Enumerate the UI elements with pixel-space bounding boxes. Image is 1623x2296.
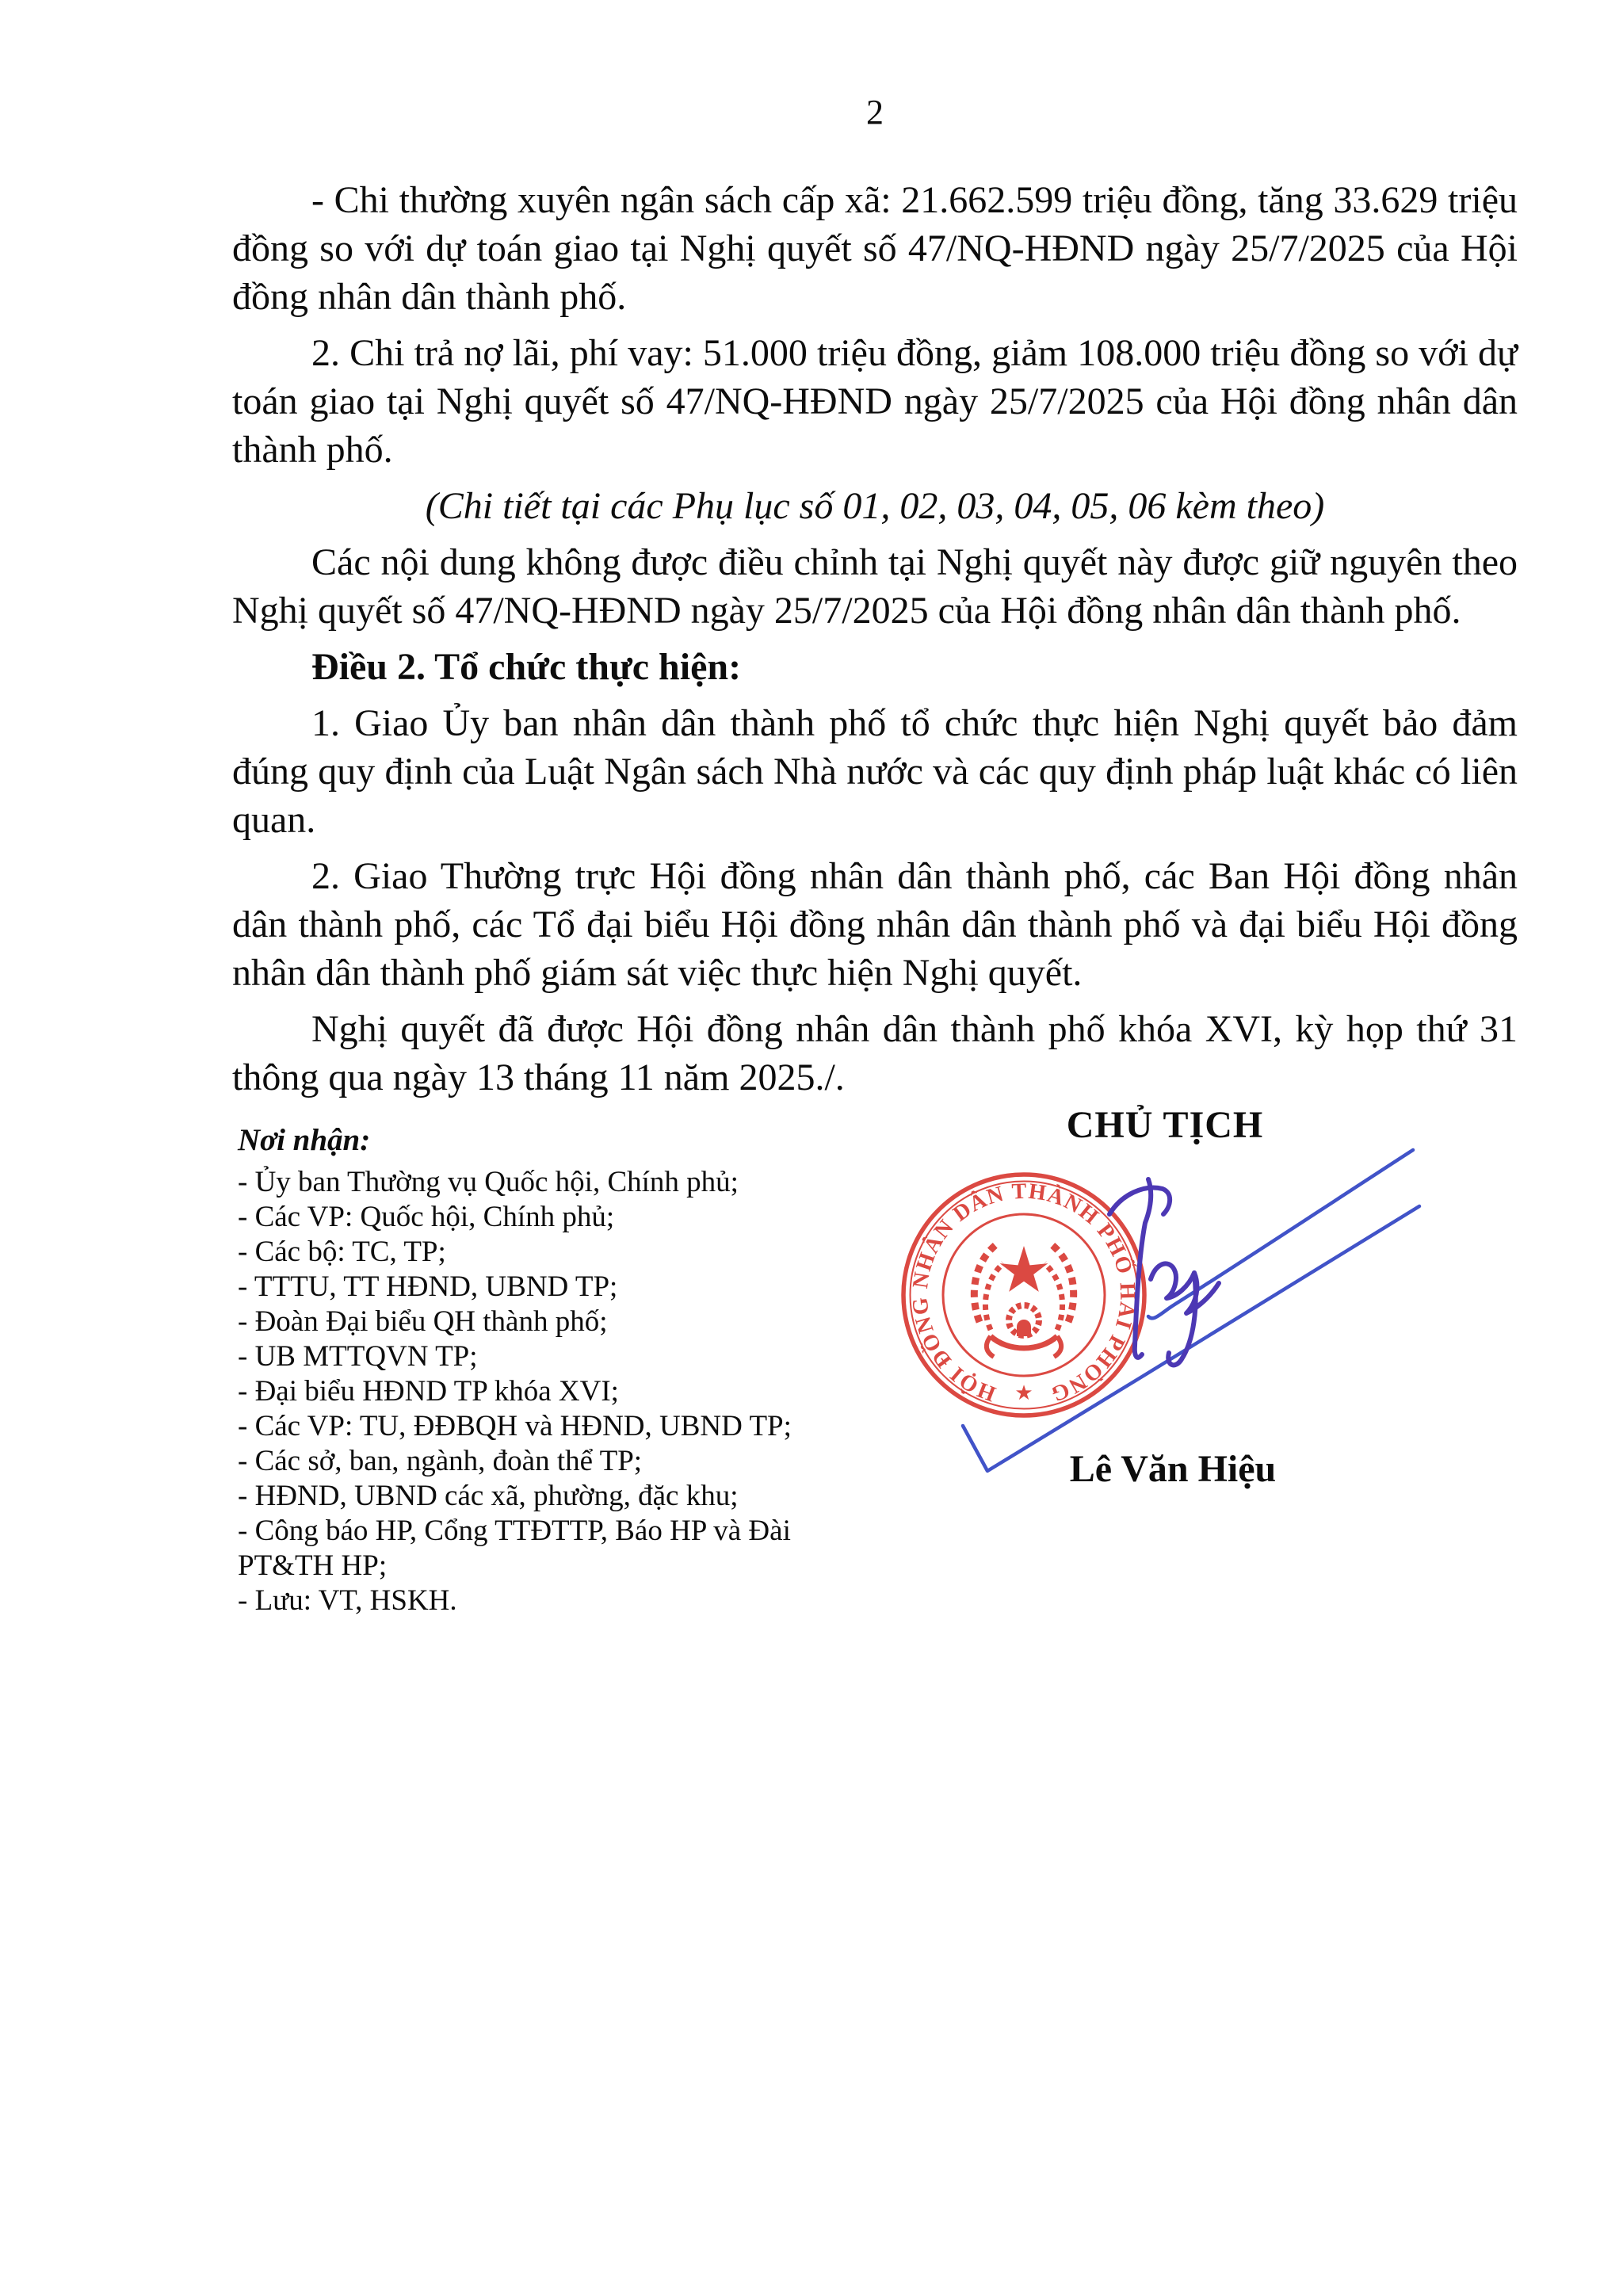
signature-strokes <box>0 0 1623 2296</box>
document-page: 2 - Chi thường xuyên ngân sách cấp xã: 2… <box>0 0 1623 2296</box>
